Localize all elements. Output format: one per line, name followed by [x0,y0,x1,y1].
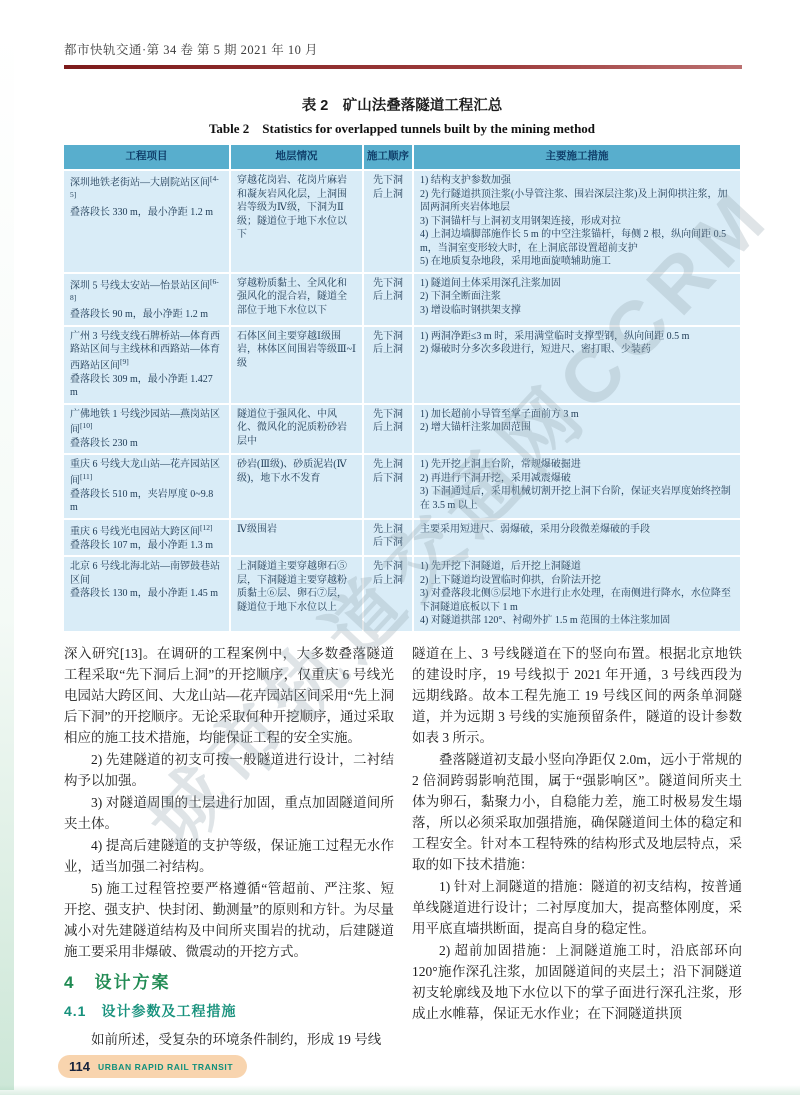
project-name-line: 重庆 6 号线大龙山站—花卉园站区间[11] [70,458,223,487]
order-line: 先下洞 [365,560,411,574]
project-detail: 叠落段长 107 m，最小净距 1.3 m [70,539,223,553]
measures-cell: 1) 两洞净距≤3 m 时，采用满堂临时支撑型钢，纵向间距 0.5 m2) 爆破… [414,327,740,403]
paragraph: 4) 提高后建隧道的支护等级，保证施工过程无水作业，适当加强二衬结构。 [64,835,394,877]
measures-cell: 1) 加长超前小导管至掌子面前方 3 m2) 增大锚杆注浆加固范围 [414,405,740,454]
column-header-project: 工程项目 [64,145,231,169]
table-row: 广佛地铁 1 号线沙园站—燕岗站区间[10]叠落段长 230 m隧道位于强风化、… [64,405,740,454]
project-name-line: 广佛地铁 1 号线沙园站—燕岗站区间[10] [70,408,223,437]
journal-header: 都市快轨交通·第 34 卷 第 5 期 2021 年 10 月 [64,40,740,58]
reference-superscript: [11] [80,472,92,481]
order-line: 先下洞 [365,174,411,188]
project-cell: 深圳 5 号线太安站—怡景站区间[6-8]叠落段长 90 m，最小净距 1.2 … [64,274,231,325]
measure-line: 1) 结构支护参数加强 [420,174,734,188]
table-title-zh: 表 2 矿山法叠落隧道工程汇总 [64,94,740,115]
table-row: 深圳地铁老街站—大剧院站区间[4-5]叠落段长 330 m，最小净距 1.2 m… [64,171,740,272]
order-line: 后上洞 [365,421,411,435]
geology-cell: 隧道位于强风化、中风化、微风化的泥质粉砂岩层中 [231,405,364,454]
project-name: 深圳地铁老街站—大剧院站区间 [70,178,210,189]
project-name: 北京 6 号线北海北站—南锣鼓巷站区间 [70,561,220,586]
measure-line: 2) 增大锚杆注浆加固范围 [420,421,734,435]
geology-cell: 石体区间主要穿越Ⅰ级围岩，林体区间围岩等级Ⅲ~Ⅰ级 [231,327,364,403]
project-detail: 叠落段长 230 m [70,437,223,451]
project-cell: 广佛地铁 1 号线沙园站—燕岗站区间[10]叠落段长 230 m [64,405,231,454]
section-heading: 4 设计方案 [64,972,394,993]
measure-line: 2) 爆破时分多次多段进行，短进尺、密打眼、少装药 [420,343,734,357]
paragraph: 1) 针对上洞隧道的措施：隧道的初支结构，按普通单线隧道进行设计；二衬厚度加大，… [412,876,742,939]
left-column: 深入研究[13]。在调研的工程案例中，大多数叠落隧道工程采取“先下洞后上洞”的开… [64,643,394,1051]
measure-line: 4) 对隧道拱部 120°、衬砌外扩 1.5 m 范围的土体注浆加固 [420,614,734,628]
column-header-measures: 主要施工措施 [414,145,740,169]
measures-cell: 主要采用短进尺、弱爆破，采用分段微差爆破的手段 [414,520,740,555]
project-cell: 重庆 6 号线光电园站大跨区间[12]叠落段长 107 m，最小净距 1.3 m [64,520,231,555]
measures-cell: 1) 结构支护参数加强2) 先行隧道拱顶注浆(小导管注浆、围岩深层注浆)及上洞仰… [414,171,740,272]
table-body: 深圳地铁老街站—大剧院站区间[4-5]叠落段长 330 m，最小净距 1.2 m… [64,171,740,630]
order-line: 先下洞 [365,408,411,422]
project-detail: 叠落段长 90 m，最小净距 1.2 m [70,308,223,322]
project-cell: 广州 3 号线支线石牌桥站—体育西路站区间与主线林和西路站—体育西路站区间[9]… [64,327,231,403]
journal-name-en: URBAN RAPID RAIL TRANSIT [98,1062,233,1072]
scan-edge-bottom [0,1085,800,1095]
project-name-line: 重庆 6 号线光电园站大跨区间[12] [70,523,223,539]
measure-line: 1) 先开挖上洞上台阶，常规爆破掘进 [420,458,734,472]
measures-cell: 1) 先开挖下洞隧道，后开挖上洞隧道2) 上下隧道均设置临时仰拱，台阶法开挖3)… [414,557,740,631]
order-line: 后下洞 [365,536,411,550]
order-cell: 先上洞后下洞 [364,455,414,517]
order-line: 先上洞 [365,458,411,472]
table-row: 重庆 6 号线大龙山站—花卉园站区间[11]叠落段长 510 m，夹岩厚度 0~… [64,455,740,517]
footer-pill: 114 URBAN RAPID RAIL TRANSIT [58,1055,247,1078]
geology-cell: 穿越粉质黏土、全风化和强风化的混合岩，隧道全部位于地下水位以下 [231,274,364,325]
table-header-row: 工程项目 地层情况 施工顺序 主要施工措施 [64,145,740,169]
measure-line: 主要采用短进尺、弱爆破，采用分段微差爆破的手段 [420,523,734,537]
subsection-heading: 4.1 设计参数及工程措施 [64,1001,394,1022]
project-name-line: 深圳 5 号线太安站—怡景站区间[6-8] [70,277,223,309]
project-cell: 深圳地铁老街站—大剧院站区间[4-5]叠落段长 330 m，最小净距 1.2 m [64,171,231,272]
project-cell: 重庆 6 号线大龙山站—花卉园站区间[11]叠落段长 510 m，夹岩厚度 0~… [64,455,231,517]
order-cell: 先下洞后上洞 [364,557,414,631]
paragraph: 5) 施工过程管控要严格遵循“管超前、严注浆、短开挖、强支护、快封闭、勤测量”的… [64,878,394,962]
paragraph: 2) 先建隧道的初支可按一般隧道进行设计，二衬结构予以加强。 [64,749,394,791]
column-header-order: 施工顺序 [364,145,414,169]
reference-superscript: [10] [80,421,93,430]
reference-superscript: [9] [120,357,129,366]
project-name: 深圳 5 号线太安站—怡景站区间 [70,280,210,291]
table-row: 广州 3 号线支线石牌桥站—体育西路站区间与主线林和西路站—体育西路站区间[9]… [64,327,740,403]
right-column: 隧道在上、3 号线隧道在下的竖向布置。根据北京地铁的建设时序，19 号线拟于 2… [412,643,742,1051]
order-cell: 先下洞后上洞 [364,171,414,272]
geology-cell: 穿越花岗岩、花岗片麻岩和凝灰岩风化层，上洞围岩等级为Ⅳ级，下洞为Ⅱ级；隧道位于地… [231,171,364,272]
project-name: 重庆 6 号线光电园站大跨区间 [70,526,200,537]
measure-line: 3) 下洞锚杆与上洞初支用钢架连接，形成对拉 [420,215,734,229]
project-detail: 叠落段长 309 m，最小净距 1.427 m [70,373,223,400]
body-columns: 深入研究[13]。在调研的工程案例中，大多数叠落隧道工程采取“先下洞后上洞”的开… [64,643,742,1051]
project-name: 广佛地铁 1 号线沙园站—燕岗站区间 [70,409,220,436]
order-line: 后上洞 [365,574,411,588]
project-name: 重庆 6 号线大龙山站—花卉园站区间 [70,459,220,486]
order-line: 先上洞 [365,523,411,537]
table-row: 深圳 5 号线太安站—怡景站区间[6-8]叠落段长 90 m，最小净距 1.2 … [64,274,740,325]
project-detail: 叠落段长 330 m，最小净距 1.2 m [70,206,223,220]
project-name-line: 北京 6 号线北海北站—南锣鼓巷站区间 [70,560,223,587]
measure-line: 4) 上洞边墙脚部施作长 5 m 的中空注浆锚杆，每侧 2 根，纵向间距 0.5… [420,228,734,255]
geology-cell: 砂岩(Ⅲ级)、砂质泥岩(Ⅳ级)，地下水不发育 [231,455,364,517]
paragraph: 隧道在上、3 号线隧道在下的竖向布置。根据北京地铁的建设时序，19 号线拟于 2… [412,643,742,748]
order-cell: 先下洞后上洞 [364,405,414,454]
paragraph: 2) 超前加固措施：上洞隧道施工时，沿底部环向120°施作深孔注浆，加固隧道间的… [412,940,742,1024]
measures-cell: 1) 隧道间土体采用深孔注浆加固2) 下洞全断面注浆3) 增设临时钢拱架支撑 [414,274,740,325]
order-line: 后下洞 [365,472,411,486]
measure-line: 2) 先行隧道拱顶注浆(小导管注浆、围岩深层注浆)及上洞仰拱注浆，加固两洞所夹岩… [420,188,734,215]
order-cell: 先下洞后上洞 [364,274,414,325]
project-name-line: 深圳地铁老街站—大剧院站区间[4-5] [70,174,223,206]
table-row: 北京 6 号线北海北站—南锣鼓巷站区间叠落段长 130 m，最小净距 1.45 … [64,557,740,631]
order-line: 先下洞 [365,330,411,344]
page-footer: 114 URBAN RAPID RAIL TRANSIT [58,1055,247,1078]
measure-line: 3) 下洞通过后，采用机械切割开挖上洞下台阶，保证夹岩厚度始终控制在 3.5 m… [420,485,734,512]
project-detail: 叠落段长 510 m，夹岩厚度 0~9.8 m [70,488,223,515]
order-cell: 先上洞后下洞 [364,520,414,555]
column-header-geology: 地层情况 [231,145,364,169]
order-line: 先下洞 [365,277,411,291]
measure-line: 5) 在地质复杂地段，采用地面旋喷辅助施工 [420,255,734,269]
order-line: 后上洞 [365,290,411,304]
table-row: 重庆 6 号线光电园站大跨区间[12]叠落段长 107 m，最小净距 1.3 m… [64,520,740,555]
order-line: 后上洞 [365,343,411,357]
paper-page: 都市快轨交通·第 34 卷 第 5 期 2021 年 10 月 表 2 矿山法叠… [0,0,800,1051]
measure-line: 1) 隧道间土体采用深孔注浆加固 [420,277,734,291]
reference-superscript: [12] [200,523,213,532]
measure-line: 1) 加长超前小导管至掌子面前方 3 m [420,408,734,422]
paragraph: 叠落隧道初支最小竖向净距仅 2.0m，远小于常规的 2 倍洞跨弱影响范围，属于“… [412,749,742,875]
table-title-en: Table 2 Statistics for overlapped tunnel… [64,118,740,137]
order-cell: 先下洞后上洞 [364,327,414,403]
measure-line: 1) 两洞净距≤3 m 时，采用满堂临时支撑型钢，纵向间距 0.5 m [420,330,734,344]
geology-cell: 上洞隧道主要穿越卵石⑤层，下洞隧道主要穿越粉质黏土⑥层、卵石⑦层，隧道位于地下水… [231,557,364,631]
measure-line: 1) 先开挖下洞隧道，后开挖上洞隧道 [420,560,734,574]
order-line: 后上洞 [365,188,411,202]
measure-line: 2) 上下隧道均设置临时仰拱，台阶法开挖 [420,574,734,588]
page-number: 114 [69,1059,90,1074]
header-rule [64,65,742,69]
project-name-line: 广州 3 号线支线石牌桥站—体育西路站区间与主线林和西路站—体育西路站区间[9] [70,330,223,373]
paragraph: 3) 对隧道周围的土层进行加固，重点加固隧道间所夹土体。 [64,792,394,834]
measure-line: 2) 再进行下洞开挖，采用减震爆破 [420,472,734,486]
project-name: 广州 3 号线支线石牌桥站—体育西路站区间与主线林和西路站—体育西路站区间 [70,331,220,371]
measure-line: 2) 下洞全断面注浆 [420,290,734,304]
measure-line: 3) 增设临时钢拱架支撑 [420,304,734,318]
measure-line: 3) 对叠落段北侧⑤层地下水进行止水处理，在南侧进行降水，水位降至下洞隧道底板以… [420,587,734,614]
overlapped-tunnels-table: 工程项目 地层情况 施工顺序 主要施工措施 深圳地铁老街站—大剧院站区间[4-5… [64,145,740,631]
measures-cell: 1) 先开挖上洞上台阶，常规爆破掘进2) 再进行下洞开挖，采用减震爆破3) 下洞… [414,455,740,517]
paragraph: 如前所述，受复杂的环境条件制约，形成 19 号线 [64,1029,394,1050]
project-detail: 叠落段长 130 m，最小净距 1.45 m [70,587,223,601]
geology-cell: Ⅳ级围岩 [231,520,364,555]
paragraph: 深入研究[13]。在调研的工程案例中，大多数叠落隧道工程采取“先下洞后上洞”的开… [64,643,394,748]
project-cell: 北京 6 号线北海北站—南锣鼓巷站区间叠落段长 130 m，最小净距 1.45 … [64,557,231,631]
